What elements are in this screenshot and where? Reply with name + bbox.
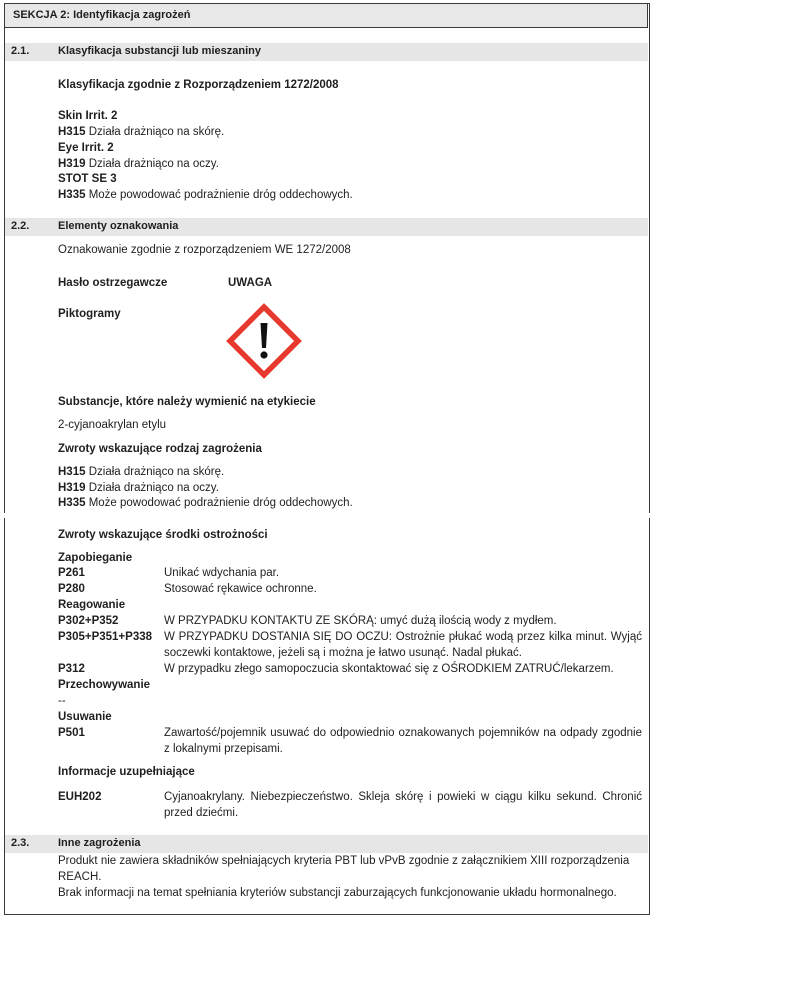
subsection-2-1-header: 2.1. Klasyfikacja substancji lub mieszan… <box>5 43 648 61</box>
h-text: Może powodować podrażnienie dróg oddecho… <box>89 189 353 201</box>
hazard-statement: H319 Działa drażniąco na oczy. <box>58 157 219 172</box>
h-code: H315 <box>58 466 86 478</box>
prevention-label: Zapobieganie <box>58 551 132 566</box>
signal-word: UWAGA <box>228 276 272 291</box>
labelling-intro: Oznakowanie zgodnie z rozporządzeniem WE… <box>58 243 351 258</box>
h-code: H319 <box>58 482 86 494</box>
h-text: Działa drażniąco na oczy. <box>89 158 219 170</box>
p-code: P305+P351+P338 <box>58 630 152 645</box>
h-code: H315 <box>58 126 86 138</box>
exclamation-mark-hazard-icon <box>226 303 302 379</box>
p-code: P280 <box>58 582 85 597</box>
subsection-title: Klasyfikacja substancji lub mieszaniny <box>58 45 261 57</box>
subsection-number: 2.3. <box>11 837 29 849</box>
hazard-statement: H315 Działa drażniąco na skórę. <box>58 465 224 480</box>
subsection-2-2-header: 2.2. Elementy oznakowania <box>5 218 648 236</box>
hazard-statements-label: Zwroty wskazujące rodzaj zagrożenia <box>58 442 262 457</box>
subsection-2-3-header: 2.3. Inne zagrożenia <box>5 835 648 853</box>
other-hazards-paragraph: Produkt nie zawiera składników spełniają… <box>58 853 644 885</box>
hazard-statement: H315 Działa drażniąco na skórę. <box>58 125 224 140</box>
h-text: Może powodować podrażnienie dróg oddecho… <box>89 497 353 509</box>
disposal-label: Usuwanie <box>58 710 112 725</box>
p-text: W PRZYPADKU DOSTANIA SIĘ DO OCZU: Ostroż… <box>164 630 642 661</box>
section-title: SEKCJA 2: Identyfikacja zagrożeń <box>13 9 190 21</box>
h-text: Działa drażniąco na skórę. <box>89 126 225 138</box>
precautionary-label: Zwroty wskazujące środki ostrożności <box>58 528 268 543</box>
p-code: P261 <box>58 566 85 581</box>
signal-word-label: Hasło ostrzegawcze <box>58 276 167 291</box>
pictograms-label: Piktogramy <box>58 307 121 322</box>
p-code: P302+P352 <box>58 614 118 629</box>
p-text: Stosować rękawice ochronne. <box>164 582 317 597</box>
section-header: SEKCJA 2: Identyfikacja zagrożeń <box>4 3 648 28</box>
h-text: Działa drażniąco na skórę. <box>89 466 225 478</box>
subsection-number: 2.1. <box>11 45 29 57</box>
hazard-statement: H319 Działa drażniąco na oczy. <box>58 481 219 496</box>
p-text: Unikać wdychania par. <box>164 566 279 581</box>
h-code: H335 <box>58 189 86 201</box>
h-code: H335 <box>58 497 86 509</box>
storage-value: -- <box>58 694 66 709</box>
h-code: H319 <box>58 158 86 170</box>
substance-name: 2-cyjanoakrylan etylu <box>58 418 166 433</box>
substances-label: Substancje, które należy wymienić na ety… <box>58 395 316 410</box>
p-code: P501 <box>58 726 85 741</box>
p-code: P312 <box>58 662 85 677</box>
subsection-title: Inne zagrożenia <box>58 837 141 849</box>
subsection-title: Elementy oznakowania <box>58 220 178 232</box>
supplementary-label: Informacje uzupełniające <box>58 765 195 780</box>
p-text: Zawartość/pojemnik usuwać do odpowiednio… <box>164 726 642 757</box>
classification-subtitle: Klasyfikacja zgodnie z Rozporządzeniem 1… <box>58 78 339 93</box>
h-text: Działa drażniąco na oczy. <box>89 482 219 494</box>
subsection-number: 2.2. <box>11 220 29 232</box>
euh-text: Cyjanoakrylany. Niebezpieczeństwo. Sklej… <box>164 790 642 821</box>
response-label: Reagowanie <box>58 598 125 613</box>
p-text: W PRZYPADKU KONTAKTU ZE SKÓRĄ: umyć dużą… <box>164 614 557 629</box>
hazard-class: STOT SE 3 <box>58 172 117 187</box>
storage-label: Przechowywanie <box>58 678 150 693</box>
other-hazards-paragraph: Brak informacji na temat spełniania kryt… <box>58 885 644 901</box>
hazard-statement: H335 Może powodować podrażnienie dróg od… <box>58 188 353 203</box>
hazard-statement: H335 Może powodować podrażnienie dróg od… <box>58 496 353 511</box>
hazard-class: Eye Irrit. 2 <box>58 141 114 156</box>
euh-code: EUH202 <box>58 790 101 805</box>
p-text: W przypadku złego samopoczucia skontakto… <box>164 662 614 677</box>
hazard-class: Skin Irrit. 2 <box>58 109 117 124</box>
